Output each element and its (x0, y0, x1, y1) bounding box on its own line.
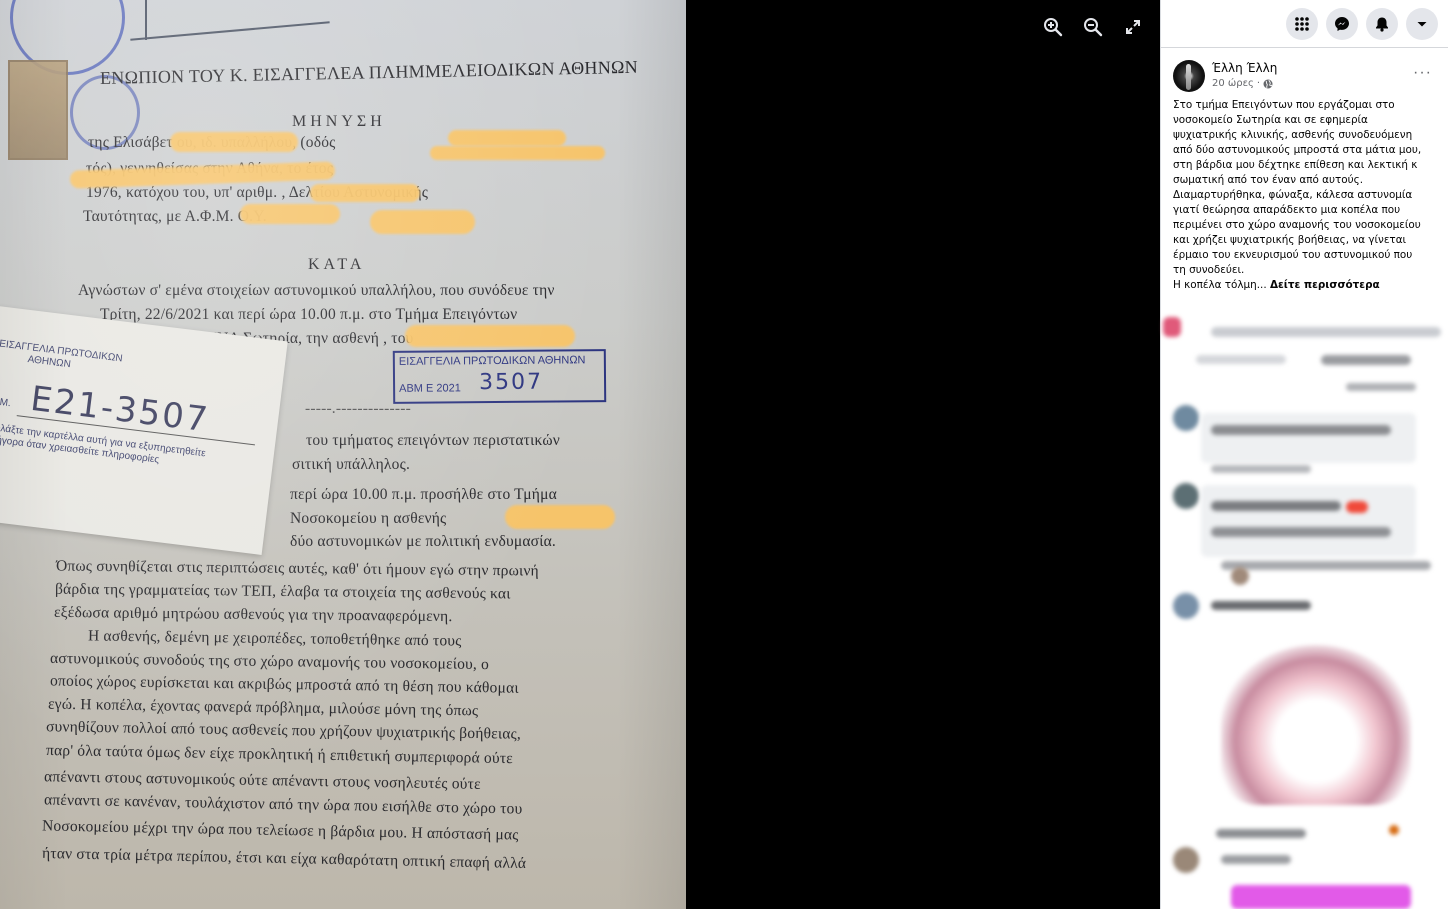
doc-line: οποίος χώρος ευρίσκεται και ακριβώς μπρο… (50, 672, 519, 697)
messenger-icon (1334, 16, 1350, 32)
obscured-text (1211, 501, 1341, 511)
doc-line: εξέδωσα αριθμό μητρώου ασθενούς για την … (54, 604, 453, 626)
zoom-in-icon (1043, 17, 1063, 37)
obscured-text (1211, 465, 1311, 473)
doc-line: του τμήματος επειγόντων περιστατικών (306, 432, 560, 450)
doc-line: Νοσοκομείου η ασθενής (290, 510, 446, 528)
post-time[interactable]: 20 ώρες (1212, 78, 1254, 89)
obscured-text (1216, 829, 1306, 838)
zoom-out-icon (1083, 17, 1103, 37)
obscured-avatar (1173, 847, 1199, 873)
heading-against: ΚΑΤΑ (308, 256, 365, 274)
notifications-button[interactable] (1366, 8, 1398, 40)
obscured-avatar (1163, 317, 1181, 337)
obscured-text (1221, 561, 1431, 570)
doc-line: Τρίτη, 22/6/2021 και περί ώρα 10.00 π.μ.… (100, 306, 517, 324)
redaction (505, 505, 615, 529)
signature-stroke (145, 0, 147, 40)
top-navigation (1161, 0, 1448, 48)
post-line: Διαμαρτυρήθηκα, φώναξα, κάλεσα αστυνομία (1173, 188, 1443, 203)
doc-line: συνηθίζουν πολλοί από τους ασθενείς που … (46, 718, 521, 743)
signature (130, 21, 329, 40)
doc-line: αστυνομικούς συνοδούς της στο χώρο αναμο… (50, 650, 489, 674)
messenger-button[interactable] (1326, 8, 1358, 40)
grid-menu-icon (1294, 16, 1310, 32)
document-photo[interactable]: ΕΝΩΠΙΟΝ ΤΟΥ Κ. ΕΙΣΑΓΓΕΛΕΑ ΠΛΗΜΜΕΛΕΙΟΔΙΚΩ… (0, 0, 686, 909)
doc-line: Αγνώστων σ' εμένα στοιχείων αστυνομικού … (78, 282, 555, 300)
doc-line: βάρδια της γραμματείας των ΤΕΠ, έλαβα τα… (55, 581, 511, 604)
doc-line: περί ώρα 10.00 π.μ. προσήλθε στο Τμήμα (290, 486, 557, 504)
doc-line: δύο αστυνομικών με πολιτική ενδυμασία. (290, 533, 556, 551)
post-line: γιατί θεώρησα απαράδεκτο μια κοπέλα που (1173, 203, 1443, 218)
post-header: Έλλη Έλλη 20 ώρες · ··· (1161, 48, 1448, 96)
obscured-text (1321, 355, 1411, 365)
expand-icon (1125, 19, 1141, 35)
obscured-image (1221, 645, 1411, 805)
post-meta: 20 ώρες · (1212, 78, 1273, 89)
caret-down-icon (1416, 18, 1428, 30)
obscured-comment-bubble (1201, 485, 1416, 557)
redaction (448, 130, 566, 146)
zoom-out-button[interactable] (1080, 14, 1106, 40)
doc-line: ήταν στα τρία μέτρα περίπου, έτσι και εί… (42, 845, 527, 873)
author-avatar[interactable] (1173, 60, 1205, 92)
account-button[interactable] (1406, 8, 1438, 40)
registry-note-card: ΕΙΣΑΓΓΕΛΙΑ ΠΡΩΤΟΔΙΚΩΝ ΑΘΗΝΩΝ Β.Μ. Ε21-35… (0, 305, 288, 555)
menu-button[interactable] (1286, 8, 1318, 40)
obscured-text (1196, 355, 1286, 364)
viewer-controls (1040, 14, 1146, 40)
meta-separator: · (1257, 78, 1260, 89)
post-line-last: Η κοπέλα τόλμη... Δείτε περισσότερα (1173, 278, 1443, 293)
redaction (170, 132, 298, 152)
obscured-emoji (1389, 825, 1399, 835)
post-options-button[interactable]: ··· (1413, 64, 1432, 82)
dotted-line: -----.-------------- (305, 400, 411, 418)
zoom-in-button[interactable] (1040, 14, 1066, 40)
obscured-text (1211, 527, 1391, 537)
doc-line: σιτική υπάλληλος. (292, 456, 410, 474)
post-sidebar: Έλλη Έλλη 20 ώρες · ··· Στο τμήμα Επειγό… (1160, 0, 1448, 909)
redaction (405, 325, 575, 347)
post-line: σωματική από τον έναν από αυτούς. (1173, 173, 1443, 188)
obscured-comment-bubble (1201, 413, 1416, 463)
redaction (310, 184, 420, 202)
obscured-text (1346, 383, 1416, 391)
fullscreen-button[interactable] (1120, 14, 1146, 40)
post-line: στη βάρδια μου δέχτηκε επίθεση και λεκτι… (1173, 158, 1443, 173)
fiscal-stamp (8, 60, 68, 160)
obscured-emoji (1346, 501, 1368, 513)
doc-line: απέναντι σε κανέναν, τουλάχιστον από την… (44, 791, 523, 818)
post-line: ψυχιατρικής κλινικής, ασθενής συνοδευόμε… (1173, 128, 1443, 143)
post-line: νοσοκομείο Σωτηρία και σε εφημερία (1173, 113, 1443, 128)
photo-viewer: ΕΝΩΠΙΟΝ ΤΟΥ Κ. ΕΙΣΑΓΓΕΛΕΑ ΠΛΗΜΜΕΛΕΙΟΔΙΚΩ… (0, 0, 1160, 909)
redaction (430, 146, 605, 160)
bell-icon (1374, 16, 1390, 32)
post-line: Στο τμήμα Επειγόντων που εργάζομαι στο (1173, 98, 1443, 113)
redaction (370, 210, 475, 234)
post-line: τη συνοδεύει. (1173, 263, 1443, 278)
obscured-avatar (1173, 483, 1199, 509)
obscured-avatar (1173, 405, 1199, 431)
doc-line: παρ' όλα ταύτα όμως δεν είχε προκλητική … (46, 742, 513, 768)
globe-icon (1263, 79, 1273, 89)
heading-complaint: ΜΗΝΥΣΗ (292, 113, 386, 131)
doc-line: Η ασθενής, δεμένη με χειροπέδες, τοποθετ… (88, 627, 462, 650)
see-more-link[interactable]: Δείτε περισσότερα (1270, 279, 1380, 291)
obscured-image (1231, 885, 1411, 909)
post-line: έρμαιο του εκνευρισμού του αστυνομικού π… (1173, 248, 1443, 263)
post-line: περιμένει στο χώρο αναμονής του νοσοκομε… (1173, 218, 1443, 233)
document-title: ΕΝΩΠΙΟΝ ΤΟΥ Κ. ΕΙΣΑΓΓΕΛΕΑ ΠΛΗΜΜΕΛΕΙΟΔΙΚΩ… (100, 57, 638, 89)
post-body: Στο τμήμα Επειγόντων που εργάζομαι στο ν… (1173, 98, 1443, 293)
obscured-text (1221, 855, 1291, 864)
doc-line: Νοσοκομείου μέχρι την ώρα που τελείωσε η… (42, 817, 519, 844)
doc-line: εγώ. Η κοπέλα, έχοντας φανερά πρόβλημα, … (48, 696, 479, 721)
obscured-text (1211, 425, 1391, 435)
truncated-text: Η κοπέλα τόλμη... (1173, 279, 1267, 291)
redaction (240, 204, 340, 224)
post-line: από δύο αστυνομικούς μπροστά στα μάτια μ… (1173, 143, 1443, 158)
obscured-text (1211, 327, 1441, 337)
post-line: και χρήζει ψυχιατρικής βοήθειας, να γίνε… (1173, 233, 1443, 248)
registry-stamp: ΕΙΣΑΓΓΕΛΙΑ ΠΡΩΤΟΔΙΚΩΝ ΑΘΗΝΩΝ ΑΒΜ Ε 2021 … (393, 349, 606, 404)
obscured-avatar (1231, 567, 1249, 585)
author-name[interactable]: Έλλη Έλλη (1212, 61, 1277, 75)
obscured-text (1211, 601, 1311, 610)
obscured-avatar (1173, 593, 1199, 619)
doc-line: απέναντι στους αστυνομικούς ούτε απέναντ… (44, 768, 481, 794)
comments-section-obscured (1161, 305, 1448, 909)
doc-line: Όπως συνηθίζεται στις περιπτώσεις αυτές,… (56, 557, 539, 580)
doc-line: Ταυτότητας, με Α.Φ.Μ. Ο.Υ. (83, 208, 267, 226)
